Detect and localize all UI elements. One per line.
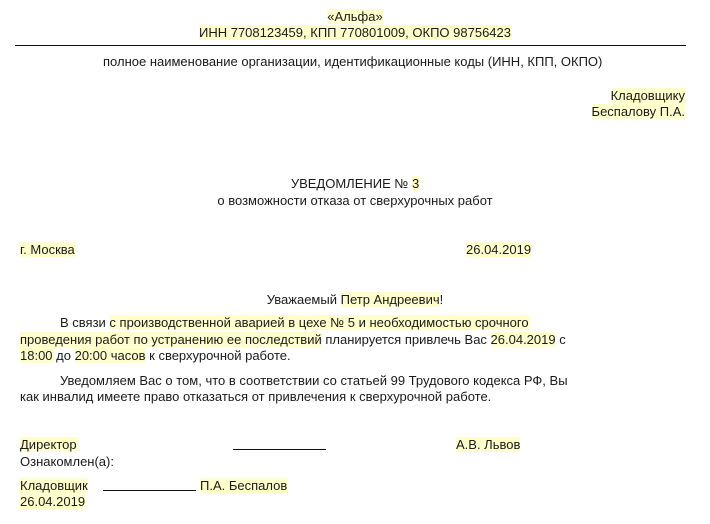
director-name-text: А.В. Львов (456, 437, 520, 452)
addressee-name-text: Беспалову П.А. (592, 104, 685, 119)
city-text: г. Москва (20, 242, 75, 257)
p1-text-2: планируется привлечь Вас (322, 332, 491, 347)
employee-signature-line (103, 478, 196, 495)
paragraph-rights-line2: как инвалид имеете право отказаться от п… (20, 389, 491, 405)
org-name-text: «Альфа» (327, 9, 382, 24)
p1-text-4: до (53, 348, 75, 363)
document-date: 26.04.2019 (466, 242, 531, 258)
director-signature-underline (233, 437, 326, 450)
overtime-from: 18:00 (20, 348, 53, 363)
p1-text-5: к сверхурочной работе. (146, 348, 291, 363)
p1-text: В связи (60, 315, 109, 330)
employee-date: 26.04.2019 (20, 494, 85, 510)
title-prefix: УВЕДОМЛЕНИЕ № (291, 176, 412, 191)
employee-name-text: П.А. Беспалов (200, 478, 287, 493)
addressee-position: Кладовщику (611, 88, 685, 104)
addressee-position-text: Кладовщику (611, 88, 685, 103)
greeting-suffix: ! (440, 292, 444, 307)
employee-signature-underline (103, 478, 196, 491)
document-subtitle: о возможности отказа от сверхурочных раб… (0, 193, 710, 209)
acquainted-label: Ознакомлен(а): (20, 454, 114, 470)
org-codes-text: ИНН 7708123459, КПП 770801009, ОКПО 9875… (199, 25, 511, 40)
city: г. Москва (20, 242, 75, 258)
employee-date-text: 26.04.2019 (20, 494, 85, 509)
director-name: А.В. Львов (456, 437, 520, 453)
org-caption: полное наименование организации, идентиф… (103, 54, 602, 70)
org-codes: ИНН 7708123459, КПП 770801009, ОКПО 9875… (0, 25, 710, 41)
director-signature-line (233, 437, 326, 454)
addressee-name: Беспалову П.А. (592, 104, 685, 120)
paragraph-reason: В связи с производственной аварией в цех… (20, 315, 580, 365)
org-name: «Альфа» (0, 9, 710, 25)
employee-name: П.А. Беспалов (200, 478, 287, 494)
document-date-text: 26.04.2019 (466, 242, 531, 257)
header-divider (15, 45, 686, 46)
paragraph-rights-line1: Уведомляем Вас о том, что в соответствии… (60, 373, 568, 389)
greeting-prefix: Уважаемый (267, 292, 341, 307)
notice-number: 3 (412, 176, 419, 191)
greeting: Уважаемый Петр Андреевич! (0, 292, 710, 308)
greeting-name: Петр Андреевич (341, 292, 440, 307)
director-label: Директор (20, 437, 77, 453)
director-label-text: Директор (20, 437, 77, 452)
p1-text-3: с (556, 332, 566, 347)
employee-position: Кладовщик (20, 478, 88, 494)
overtime-to: 20:00 часов (75, 348, 146, 363)
overtime-date: 26.04.2019 (491, 332, 556, 347)
document-title: УВЕДОМЛЕНИЕ № 3 (0, 176, 710, 192)
employee-position-text: Кладовщик (20, 478, 88, 493)
